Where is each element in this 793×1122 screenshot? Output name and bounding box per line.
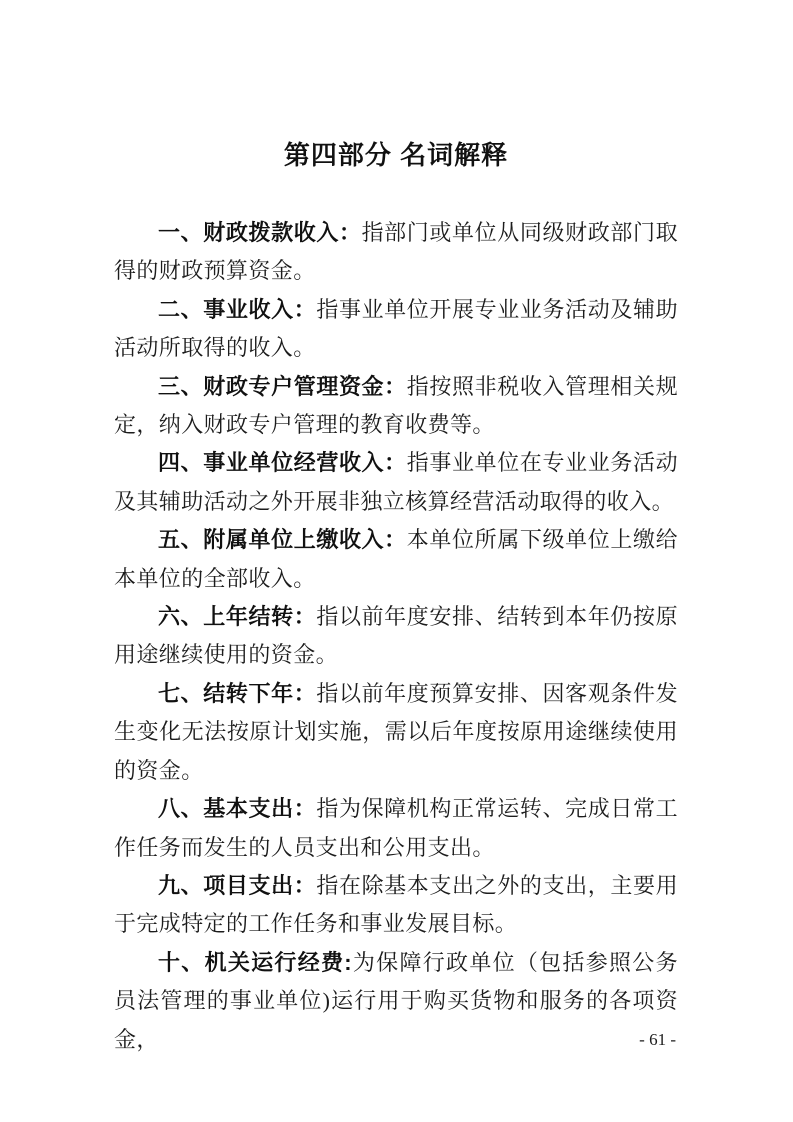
page-title: 第四部分 名词解释 [114,140,678,170]
term-label: 五、附属单位上缴收入： [158,527,407,552]
document-page: 第四部分 名词解释 一、财政拨款收入：指部门或单位从同级财政部门取得的财政预算资… [0,0,793,1122]
term-label: 四、事业单位经营收入： [158,450,407,475]
term-item: 二、事业收入：指事业单位开展专业业务活动及辅助活动所取得的收入。 [114,291,678,368]
term-item: 九、项目支出：指在除基本支出之外的支出，主要用于完成特定的工作任务和事业发展目标… [114,867,678,944]
term-item: 六、上年结转：指以前年度安排、结转到本年仍按原用途继续使用的资金。 [114,598,678,675]
term-label: 七、结转下年： [158,681,316,706]
term-item: 十、机关运行经费:为保障行政单位（包括参照公务员法管理的事业单位)运行用于购买货… [114,944,678,1059]
term-item: 三、财政专户管理资金：指按照非税收入管理相关规定，纳入财政专户管理的教育收费等。 [114,368,678,445]
term-item: 五、附属单位上缴收入：本单位所属下级单位上缴给本单位的全部收入。 [114,521,678,598]
term-label: 一、财政拨款收入： [158,220,362,245]
term-label: 十、机关运行经费: [158,950,352,975]
term-item: 四、事业单位经营收入：指事业单位在专业业务活动及其辅助活动之外开展非独立核算经营… [114,444,678,521]
term-label: 二、事业收入： [158,297,316,322]
page-number: - 61 - [639,1030,676,1050]
term-label: 八、基本支出： [158,796,316,821]
document-content: 第四部分 名词解释 一、财政拨款收入：指部门或单位从同级财政部门取得的财政预算资… [114,140,678,1059]
term-label: 九、项目支出： [158,873,316,898]
term-item: 一、财政拨款收入：指部门或单位从同级财政部门取得的财政预算资金。 [114,214,678,291]
term-label: 六、上年结转： [158,604,316,629]
term-item: 八、基本支出：指为保障机构正常运转、完成日常工作任务而发生的人员支出和公用支出。 [114,790,678,867]
term-label: 三、财政专户管理资金： [158,374,407,399]
term-item: 七、结转下年：指以前年度预算安排、因客观条件发生变化无法按原计划实施，需以后年度… [114,675,678,790]
